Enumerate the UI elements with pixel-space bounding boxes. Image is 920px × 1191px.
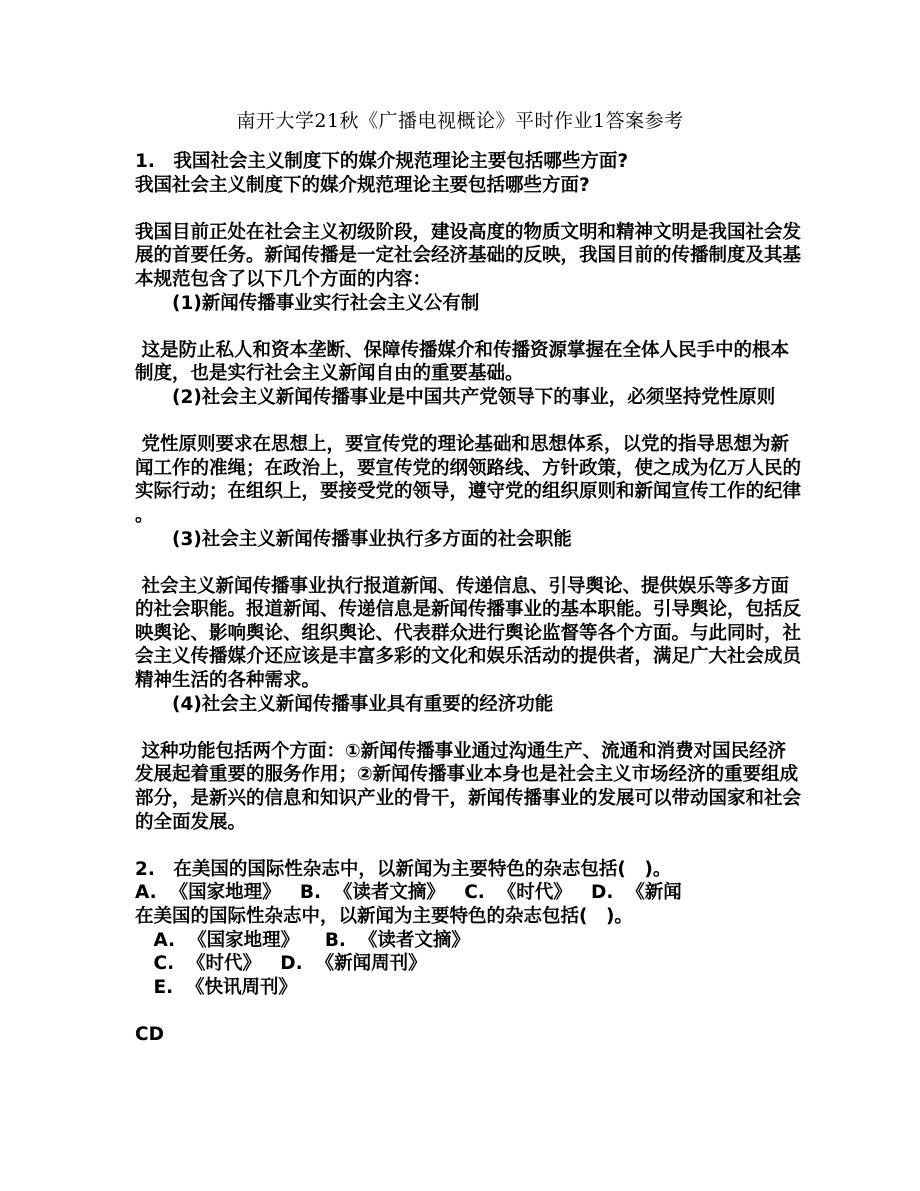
- text-line: E. 《快讯周刊》: [135, 976, 865, 1000]
- text-line: 制度，也是实行社会主义新闻自由的重要基础。: [135, 362, 865, 386]
- blank-line: [135, 551, 865, 575]
- blank-line: [135, 716, 865, 740]
- text-line: 1. 我国社会主义制度下的媒介规范理论主要包括哪些方面?: [135, 150, 865, 174]
- text-line: 精神生活的各种需求。: [135, 669, 865, 693]
- blank-line: [135, 197, 865, 221]
- text-line: 的全面发展。: [135, 811, 865, 835]
- blank-line: [135, 315, 865, 339]
- text-line: A. 《国家地理》 B. 《读者文摘》: [135, 929, 865, 953]
- blank-line: [135, 410, 865, 434]
- text-line: C. 《时代》 D. 《新闻周刊》: [135, 952, 865, 976]
- text-line: 的社会职能。报道新闻、传递信息是新闻传播事业的基本职能。引导舆论，包括反: [135, 598, 865, 622]
- text-line: (2)社会主义新闻传播事业是中国共产党领导下的事业，必须坚持党性原则: [135, 386, 865, 410]
- text-line: 展的首要任务。新闻传播是一定社会经济基础的反映，我国目前的传播制度及其基: [135, 244, 865, 268]
- text-line: 闻工作的准绳；在政治上，要宣传党的纲领路线、方针政策，使之成为亿万人民的: [135, 457, 865, 481]
- document-page: 南开大学21秋《广播电视概论》平时作业1答案参考 1. 我国社会主义制度下的媒介…: [0, 0, 920, 1191]
- text-line: 党性原则要求在思想上，要宣传党的理论基础和思想体系，以党的指导思想为新: [135, 433, 865, 457]
- text-line: (1)新闻传播事业实行社会主义公有制: [135, 292, 865, 316]
- text-line: 这是防止私人和资本垄断、保障传播媒介和传播资源掌握在全体人民手中的根本: [135, 339, 865, 363]
- text-line: 这种功能包括两个方面：①新闻传播事业通过沟通生产、流通和消费对国民经济: [135, 740, 865, 764]
- text-line: 部分，是新兴的信息和知识产业的骨干，新闻传播事业的发展可以带动国家和社会: [135, 787, 865, 811]
- text-line: 映舆论、影响舆论、组织舆论、代表群众进行舆论监督等各个方面。与此同时，社: [135, 622, 865, 646]
- document-title: 南开大学21秋《广播电视概论》平时作业1答案参考: [0, 106, 920, 133]
- text-line: 本规范包含了以下几个方面的内容：: [135, 268, 865, 292]
- blank-line: [135, 834, 865, 858]
- text-line: A. 《国家地理》 B. 《读者文摘》 C. 《时代》 D. 《新闻: [135, 881, 865, 905]
- blank-line: [135, 999, 865, 1023]
- text-line: CD: [135, 1023, 865, 1047]
- text-line: (3)社会主义新闻传播事业执行多方面的社会职能: [135, 528, 865, 552]
- text-line: 在美国的国际性杂志中，以新闻为主要特色的杂志包括( )。: [135, 905, 865, 929]
- text-line: 发展起着重要的服务作用；②新闻传播事业本身也是社会主义市场经济的重要组成: [135, 763, 865, 787]
- text-line: 我国社会主义制度下的媒介规范理论主要包括哪些方面?: [135, 174, 865, 198]
- text-line: 实际行动；在组织上，要接受党的领导，遵守党的组织原则和新闻宣传工作的纪律: [135, 480, 865, 504]
- text-line: 我国目前正处在社会主义初级阶段，建设高度的物质文明和精神文明是我国社会发: [135, 221, 865, 245]
- text-line: 。: [135, 504, 865, 528]
- text-line: 会主义传播媒介还应该是丰富多彩的文化和娱乐活动的提供者，满足广大社会成员: [135, 645, 865, 669]
- document-body: 1. 我国社会主义制度下的媒介规范理论主要包括哪些方面?我国社会主义制度下的媒介…: [135, 150, 865, 1047]
- text-line: (4)社会主义新闻传播事业具有重要的经济功能: [135, 693, 865, 717]
- text-line: 社会主义新闻传播事业执行报道新闻、传递信息、引导舆论、提供娱乐等多方面: [135, 575, 865, 599]
- text-line: 2. 在美国的国际性杂志中，以新闻为主要特色的杂志包括( )。: [135, 858, 865, 882]
